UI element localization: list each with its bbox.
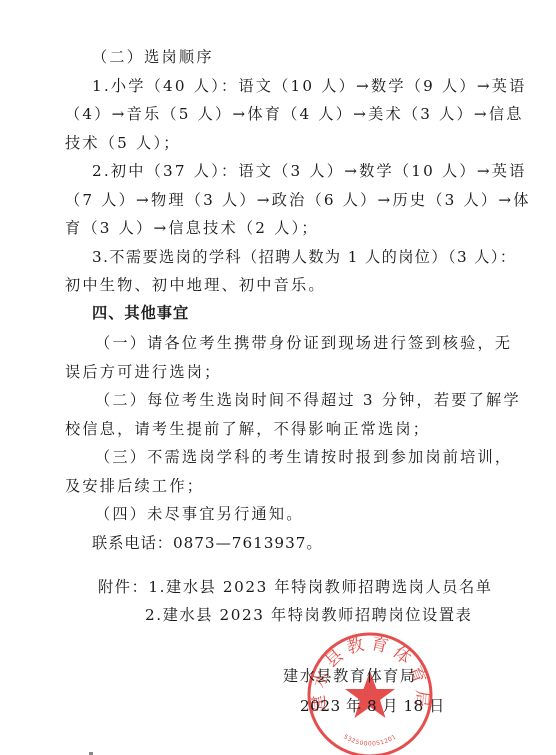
seal-serial-number: 5325000051201 <box>342 733 397 747</box>
svg-text:5325000051201: 5325000051201 <box>342 733 397 747</box>
other-item-2-line-1: （二）每位考生选岗时间不得超过 3 分钟，若要了解学 <box>95 390 453 410</box>
no-selection-line-1: 3.不需要选岗的学科（招聘人数为 1 人的岗位）（3 人）： <box>92 247 453 267</box>
signature-organization: 建水县教育体育局 <box>283 666 417 686</box>
signature-date: 2023 年 8 月 18 日 <box>300 696 445 716</box>
primary-line-1: 1.小学（40 人）：语文（10 人）→数学（9 人）→英语 <box>92 76 453 96</box>
middle-line-1: 2.初中（37 人）：语文（3 人）→数学（10 人）→英语 <box>92 161 453 181</box>
middle-line-2: （7 人）→物理（3 人）→政治（6 人）→历史（3 人）→体 <box>65 190 453 210</box>
other-item-1-line-2: 误后方可进行选岗； <box>65 362 453 382</box>
section-order-heading: （二）选岗顺序 <box>92 47 453 67</box>
other-item-4: （四）未尽事宜另行通知。 <box>95 504 453 524</box>
middle-line-3: 育（3 人）→信息技术（2 人）； <box>65 218 453 238</box>
contact-phone: 联系电话：0873—7613937。 <box>92 533 453 553</box>
other-item-2-line-2: 校信息，请考生提前了解，不得影响正常选岗； <box>65 419 453 439</box>
other-item-3-line-2: 及安排后续工作； <box>65 476 453 496</box>
primary-line-2: （4）→音乐（5 人）→体育（4 人）→美术（3 人）→信息 <box>65 104 453 124</box>
section-four-heading: 四、其他事宜 <box>92 303 453 323</box>
official-seal-icon: 建水县教育体育局 5325000051201 <box>306 631 434 755</box>
other-item-1-line-1: （一）请各位考生携带身份证到现场进行签到核验，无 <box>95 333 453 353</box>
primary-line-3: 技术（5 人）； <box>65 133 453 153</box>
no-selection-line-2: 初中生物、初中地理、初中音乐。 <box>65 275 453 295</box>
attachment-1: 附件：1.建水县 2023 年特岗教师招聘选岗人员名单 <box>98 577 493 597</box>
attachment-2: 2.建水县 2023 年特岗教师招聘岗位设置表 <box>145 605 472 625</box>
document-page: （二）选岗顺序 1.小学（40 人）：语文（10 人）→数学（9 人）→英语 （… <box>0 0 556 755</box>
other-item-3-line-1: （三）不需选岗学科的考生请按时报到参加岗前培训， <box>95 447 453 467</box>
